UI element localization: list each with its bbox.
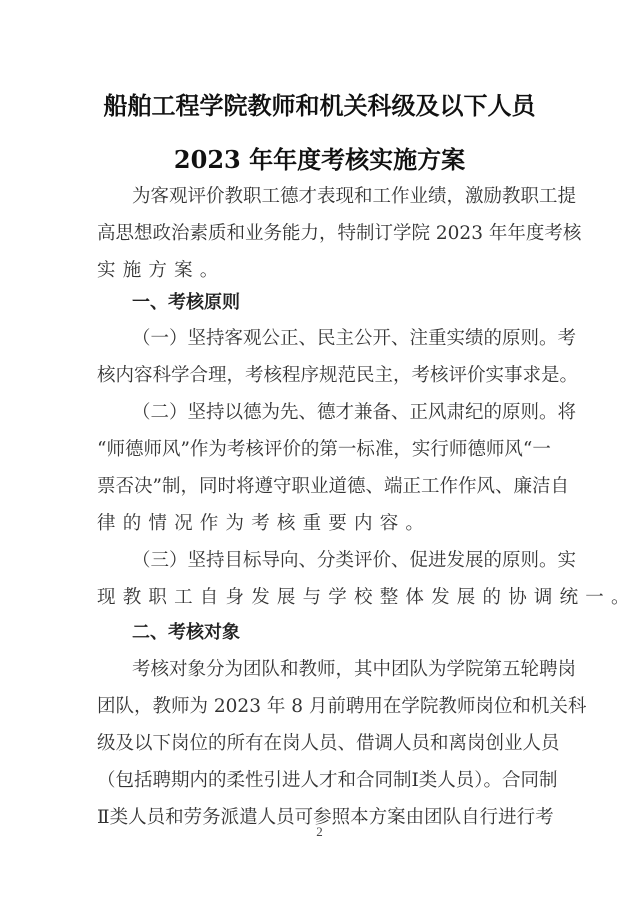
document-title-line-1: 船舶工程学院教师和机关科级及以下人员: [60, 86, 579, 121]
principle-2-line-3: 票否决”制，同时将遵守职业道德、端正工作作风、廉洁自: [97, 474, 541, 500]
subjects-line-3: 级及以下岗位的所有在岗人员、借调人员和离岗创业人员: [97, 731, 541, 757]
section-heading-principles: 一、考核原则: [132, 290, 240, 316]
principle-2-line-1: （二）坚持以德为先、德才兼备、正风肃纪的原则。将: [132, 400, 541, 426]
intro-line-2: 高思想政治素质和业务能力，特制订学院 2023 年年度考核: [97, 221, 541, 247]
intro-line-3: 实施方案。: [97, 258, 541, 284]
principle-1-line-2: 核内容科学合理，考核程序规范民主，考核评价实事求是。: [97, 363, 541, 389]
subjects-line-1: 考核对象分为团队和教师，其中团队为学院第五轮聘岗: [132, 657, 541, 683]
principle-1-line-1: （一）坚持客观公正、民主公开、注重实绩的原则。考: [132, 326, 541, 352]
page-number: 2: [0, 824, 639, 840]
subjects-line-4: （包括聘期内的柔性引进人才和合同制Ⅰ类人员）。合同制: [97, 768, 541, 794]
document-page: 船舶工程学院教师和机关科级及以下人员 2023 年年度考核实施方案 为客观评价教…: [0, 0, 639, 904]
principle-2-line-4: 律的情况作为考核重要内容。: [97, 511, 541, 537]
principle-3-line-1: （三）坚持目标导向、分类评价、促进发展的原则。实: [132, 548, 541, 574]
section-heading-subjects: 二、考核对象: [132, 620, 240, 646]
subjects-line-2: 团队，教师为 2023 年 8 月前聘用在学院教师岗位和机关科: [97, 694, 541, 720]
principle-2-line-2: “师德师风”作为考核评价的第一标准，实行师德师风“一: [97, 437, 541, 463]
principle-3-line-2: 现教职工自身发展与学校整体发展的协调统一。: [97, 585, 541, 611]
intro-line-1: 为客观评价教职工德才表现和工作业绩，激励教职工提: [132, 184, 541, 210]
document-title-line-2: 2023 年年度考核实施方案: [60, 140, 579, 175]
